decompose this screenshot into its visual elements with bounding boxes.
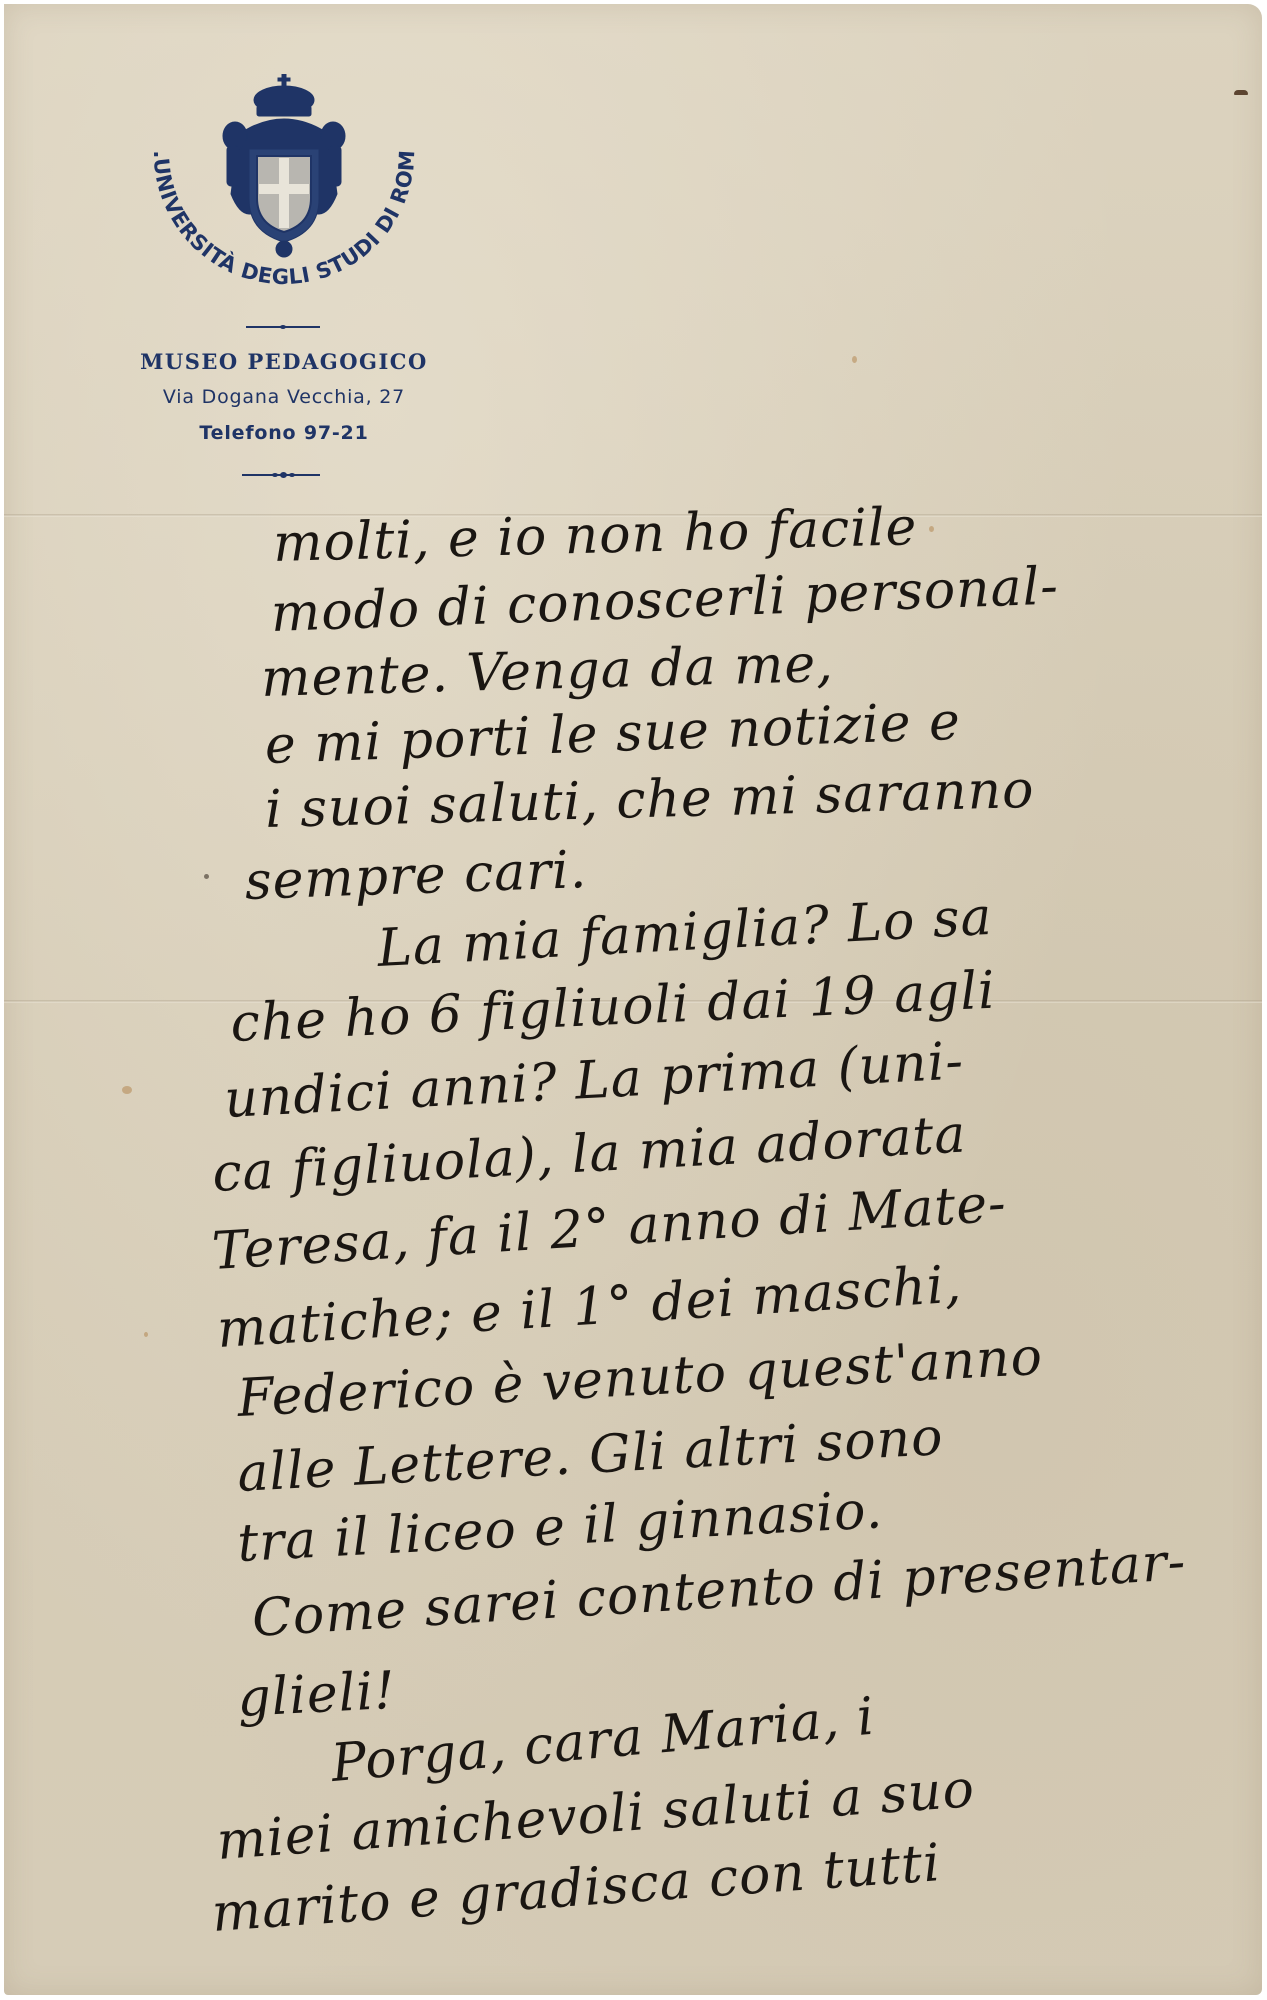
letter-sheet: R.UNIVERSITÀ DEGLI STUDI DI ROMA MUSEO P…	[4, 4, 1262, 1995]
letter-line: mente. Venga da me,	[260, 634, 834, 709]
letter-line: sempre cari.	[244, 840, 588, 912]
letter-body: molti, e io non ho facile modo di conosc…	[4, 4, 1262, 1995]
letter-line: glieli!	[236, 1661, 397, 1729]
letter-line: molti, e io non ho facile	[272, 497, 918, 574]
